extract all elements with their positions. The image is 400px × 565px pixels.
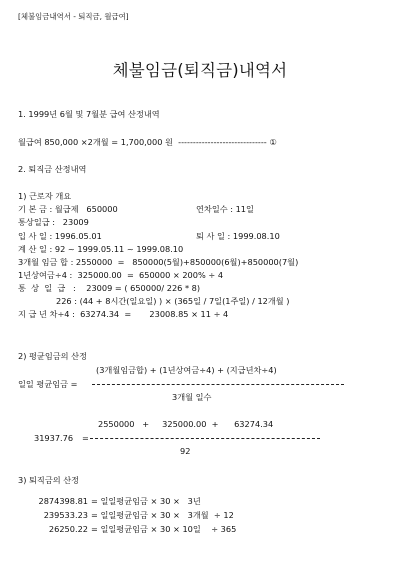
avg-wage-denominator-value: 92: [180, 447, 190, 455]
sub1-heading: 1) 근로자 개요: [18, 192, 71, 200]
avg-wage-numerator-values: 2550000 + 325000.00 + 63274.34: [98, 420, 273, 428]
ordinary-wage-line: 통 상 일 급 : 23009 = ( 650000/ 226 * 8): [18, 284, 200, 292]
section1-salary-line: 월급여 850,000 ×2개월 = 1,700,000 원 ---------…: [18, 138, 277, 146]
sub2-heading: 2) 평균임금의 산정: [18, 352, 87, 360]
ordinary-daily-line: 통상일급 : 23009: [18, 218, 89, 226]
annual-leave-line: 연차일수 : 11일: [196, 205, 254, 213]
fraction-bar-2: [90, 438, 320, 439]
document-header-tag: [체불임금내역서 - 퇴직금, 월급여]: [18, 13, 129, 20]
fraction-bar-1: [92, 384, 344, 385]
calc-period-line: 계 산 일 : 92 ~ 1999.05.11 ~ 1999.08.10: [18, 245, 183, 253]
severance-row-value: 239533.23: [26, 511, 88, 519]
base-pay-line: 기 본 금 : 월급제 650000: [18, 205, 118, 213]
leave-date-line: 퇴 사 일 : 1999.08.10: [196, 232, 280, 240]
avg-wage-lhs-label: 일일 평균임금 =: [18, 380, 78, 388]
hours-line: 226 : (44 + 8시간(일요일) ) × (365일 / 7일(1주일)…: [56, 297, 290, 305]
join-date-line: 입 사 일 : 1996.05.01: [18, 232, 102, 240]
severance-row-value: 26250.22: [26, 525, 88, 533]
severance-row-value: 2874398.81: [26, 497, 88, 505]
sub3-heading: 3) 퇴직금의 산정: [18, 476, 79, 484]
severance-row-formula: = 일일평균임금 × 30 × 3개월 ÷ 12: [91, 511, 234, 519]
three-month-wage-line: 3개월 임금 합 : 2550000 = 850000(5월)+850000(6…: [18, 258, 298, 266]
annual-bonus-line: 1년상여금÷4 : 325000.00 = 650000 × 200% ÷ 4: [18, 271, 223, 279]
avg-wage-denominator-label: 3개월 일수: [172, 393, 211, 401]
avg-wage-result: 31937.76: [34, 434, 73, 442]
annual-allowance-line: 지 급 년 차÷4 : 63274.34 = 23008.85 × 11 ÷ 4: [18, 310, 228, 318]
section1-heading: 1. 1999년 6월 및 7월분 급여 산정내역: [18, 110, 160, 118]
document-title: 체불임금(퇴직금)내역서: [0, 63, 400, 80]
avg-wage-numerator-label: (3개월임금합) + (1년상여금÷4) + (지급년차÷4): [96, 366, 277, 374]
avg-wage-equals: =: [82, 434, 89, 442]
severance-row-formula: = 일일평균임금 × 30 × 10일 ÷ 365: [91, 525, 236, 533]
section2-heading: 2. 퇴직금 산정내역: [18, 165, 86, 173]
severance-row-formula: = 일일평균임금 × 30 × 3년: [91, 497, 201, 505]
